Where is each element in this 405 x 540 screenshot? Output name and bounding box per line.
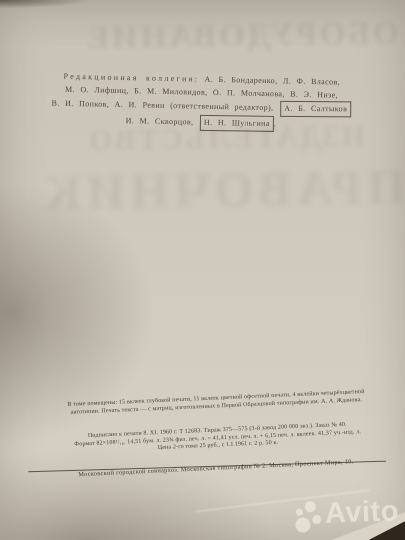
- avito-dot-big-icon: [295, 517, 311, 533]
- avito-dot-small-icon: [296, 509, 303, 516]
- book-page-photo: ОБОРУДОВАНИЕ ИЗДАТЕЛЬСТВО СПРАВОЧНИК Ред…: [0, 0, 405, 540]
- editorial-line-4-period: .: [274, 119, 277, 128]
- boxed-name-shulgina: Н. Н. Шульгина: [200, 115, 274, 132]
- showthrough-text-middle-2: СПРАВОЧНИК: [40, 156, 405, 221]
- editorial-line-3-names: В. И. Попков, А. И. Ревин (ответственный…: [51, 99, 279, 113]
- colophon-insert-note: В томе помещены: 15 вклеек глубокой печа…: [20, 387, 405, 419]
- avito-watermark: Avito: [294, 492, 399, 534]
- colophon-block: В томе помещены: 15 вклеек глубокой печа…: [20, 387, 405, 459]
- boxed-name-saltykov: А. Б. Салтыков: [280, 101, 351, 117]
- avito-watermark-text: Avito: [324, 492, 399, 533]
- colophon-print-details: Подписано к печати 8. XI. 1960 г. Т 1268…: [21, 419, 405, 459]
- avito-dot-right-icon: [312, 515, 321, 524]
- editorial-line-4-names: И. М. Скворцов,: [126, 116, 199, 127]
- avito-dot-top-icon: [305, 501, 316, 512]
- editorial-label: Редакционная коллегия:: [63, 72, 199, 84]
- showthrough-text-top: ОБОРУДОВАНИЕ: [84, 15, 399, 57]
- editorial-board-block: Редакционная коллегия: А. Б. Бондаренко,…: [25, 69, 378, 134]
- printer-imprint-line: Московский городской совнархоз. Московск…: [20, 456, 405, 481]
- avito-logo-icon: [295, 501, 323, 534]
- editorial-line-1-names: А. Б. Бондаренко, Л. Ф. Власов,: [199, 75, 340, 87]
